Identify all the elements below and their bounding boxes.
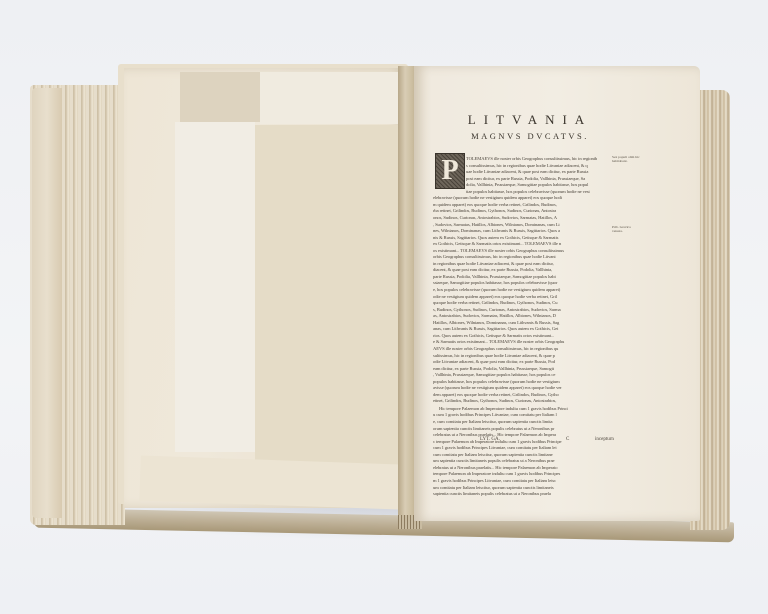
text-line: onos, Sudinos, Curionas, Antostrabios, S… <box>433 215 609 221</box>
text-line: populos habitasse, hos populos celebravi… <box>433 379 609 385</box>
left-leaf-white-strip <box>175 122 255 452</box>
page-title: LITVANIA <box>440 112 620 128</box>
text-line: TOLEMAEVS ille noster orbis Geographus c… <box>466 156 609 162</box>
left-leaf-stained-panel <box>255 125 405 505</box>
left-leaf-shadow-patch <box>180 72 260 122</box>
footer-catchword-right: incepturn <box>595 437 614 442</box>
text-line: rba retinet, Grilindos, Budinos, Gythono… <box>433 208 609 214</box>
left-leaf-light-patch <box>260 72 410 124</box>
text-line: elebravisse (quorum hodie ne vestigium q… <box>433 195 609 201</box>
text-line: m 1 gravis hodibus Principes Litvaniae, … <box>433 478 609 484</box>
text-line: elebratus ut a Neronibus praelatis... Hi… <box>433 465 609 471</box>
text-line: e, cum comitatu per Italiam leiscitur, q… <box>433 419 609 425</box>
text-line: cum comitatu per Italiam leiscitur, quor… <box>433 452 609 458</box>
text-line: odie Litvaniae adiacent, & quae post eam… <box>433 359 609 365</box>
text-line: dolia, Vallhinia, Prussiaeque, Samogitia… <box>466 182 609 188</box>
text-line: nes, Wilnianos, Dominanas, cum Lithvanis… <box>433 228 609 234</box>
text-line: e, hos populos celebravisse (quorum hodi… <box>433 287 609 293</box>
text-line: avisse (quorum hodie ne vestigium quidem… <box>433 385 609 391</box>
text-line: m quidem apparet) eos quoque hodie verba… <box>433 202 609 208</box>
text-line: as, Antostrabios, Sudovios, Sarmatas, Ha… <box>433 313 609 319</box>
margin-note: Sex populi olim hic habitabant. <box>612 155 642 163</box>
text-line: celebratus ut a Neronibus praelatis... H… <box>433 432 609 438</box>
drop-cap-initial: P <box>435 153 465 189</box>
text-line: s consultissimus, hic in regionibus quae… <box>466 163 609 169</box>
text-line: anas, cum Lithvanis & Russis, Sagittario… <box>433 326 609 332</box>
text-line: cum 1 gravis hodibus Principes Litvaniae… <box>433 445 609 451</box>
text-line: Hatillos, Albiones, Wilnianos, Dominanas… <box>433 320 609 326</box>
text-line: um sapientia cunctis limitaneis populis … <box>433 458 609 464</box>
margin-note: Prib. Gravica vetusta. <box>612 225 642 233</box>
text-line: rios. Quos autem ex Gothicis, Getisque &… <box>433 333 609 339</box>
text-line: os existimant... TOLEMAEVS ille noster o… <box>433 248 609 254</box>
text-line: orum sapientia cunctis limitaneis populi… <box>433 426 609 432</box>
left-cover-edge <box>32 88 62 518</box>
text-line: post eam dicitur, ex parte Russia, Podol… <box>466 176 609 182</box>
text-line: ssiaeque, Samogitiae populos habitasse, … <box>433 280 609 286</box>
text-line: s, Budinos, Gythonos, Sudinos, Curionas,… <box>433 307 609 313</box>
text-line: e & Sarmatis ortos existimant... TOLEMAE… <box>433 339 609 345</box>
text-line: uae hodie Litvaniae adiacent, & quae pos… <box>466 169 609 175</box>
text-line: c tempore Palaemon ab Imperatore indultu… <box>433 439 609 445</box>
text-line: etinet, Grilindos, Budinos, Gythonos, Su… <box>433 398 609 404</box>
page-subtitle: MAGNVS DVCATVS. <box>440 131 620 141</box>
text-line: u cum 1 gravis hodibus Principes Litvani… <box>433 412 609 418</box>
text-line: um comitatu per Italiam leiscitur, quoru… <box>433 485 609 491</box>
left-leaf-lower-fold <box>139 455 400 509</box>
text-line: sultissimus, hic in regionibus quae hodi… <box>433 353 609 359</box>
text-line: nis & Russis, Sagittarios. Quos autem ex… <box>433 235 609 241</box>
text-line: , Sudovios, Sarmatas, Hatillos, Albiones… <box>433 222 609 228</box>
text-line: ex Gothicis, Getisque & Sarmatis ortos e… <box>433 241 609 247</box>
text-line: Hic tempore Palaemon ab Imperatore indul… <box>439 406 609 412</box>
text-line: quoque hodie verba retinet, Grilindos, B… <box>433 300 609 306</box>
footer-signature: C <box>566 437 569 442</box>
text-line: dem apparet) eos quoque hodie verba reti… <box>433 392 609 398</box>
text-line: AEVS ille noster orbis Geographus consul… <box>433 346 609 352</box>
footer-catchword-left: LYT. GA. <box>480 437 500 442</box>
text-line: , Vallhinia, Prussiaeque, Samogitiae pop… <box>433 372 609 378</box>
text-line: parte Russia, Podolia, Vallhinia, Prussi… <box>433 274 609 280</box>
text-line: diacent, & quae post eam dicitur, ex par… <box>433 267 609 273</box>
text-line: tiae populos habitasse, hos populos cele… <box>466 189 609 195</box>
text-line: orbis Geographus consultissimus, hic in … <box>433 254 609 260</box>
text-line: eam dicitur, ex parte Russia, Podolia, V… <box>433 366 609 372</box>
text-line: tempore Palaemon ab Imperatore indultu c… <box>433 471 609 477</box>
text-line: sapientia cunctis limitaneis populis cel… <box>433 491 609 497</box>
text-line: odie ne vestigium quidem apparet) eos qu… <box>433 294 609 300</box>
text-line: in regionibus quae hodie Litvaniae adiac… <box>433 261 609 267</box>
